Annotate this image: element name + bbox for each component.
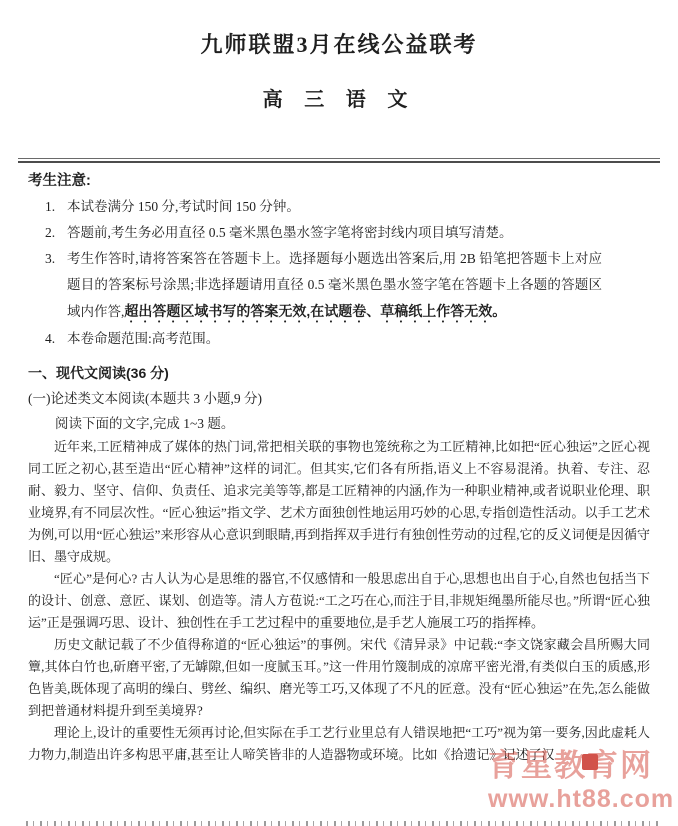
exam-paper-page: 九师联盟3月在线公益联考 高 三 语 文 考生注意: 1. 本试卷满分 150 …: [0, 0, 678, 766]
notice-list: 1. 本试卷满分 150 分,考试时间 150 分钟。 2. 答题前,考生务必用…: [45, 194, 602, 352]
exam-body-section: 一、现代文阅读(36 分) (一)论述类文本阅读(本题共 3 小题,9 分) 阅…: [28, 360, 650, 766]
notice-item-number: 1.: [45, 194, 67, 220]
clipped-text-line: [26, 821, 658, 826]
passage-paragraph: “匠心”是何心? 古人认为心是思维的器官,不仅感情和一般思虑出自于心,思想也出自…: [28, 568, 650, 634]
notice-item: 2. 答题前,考生务必用直径 0.5 毫米黑色墨水签字笔将密封线内项目填写清楚。: [45, 220, 602, 246]
notice-item-text: 答题前,考生务必用直径 0.5 毫米黑色墨水签字笔将密封线内项目填写清楚。: [67, 220, 602, 246]
section-heading: 一、现代文阅读(36 分): [28, 360, 650, 386]
watermark-site-url: www.ht88.com: [488, 787, 678, 812]
notice-item-text-emphasized: 超出答题区域书写的答案无效,在试题卷、草稿纸上作答无效。: [124, 303, 506, 319]
notice-item-text: 考生作答时,请将答案答在答题卡上。选择题每小题选出答案后,用 2B 铅笔把答题卡…: [67, 246, 602, 326]
reading-instruction: 阅读下面的文字,完成 1~3 题。: [28, 412, 650, 436]
page-title: 九师联盟3月在线公益联考: [28, 0, 650, 59]
header-divider: [18, 158, 660, 163]
notice-item-number: 3.: [45, 246, 67, 326]
notice-section: 考生注意: 1. 本试卷满分 150 分,考试时间 150 分钟。 2. 答题前…: [28, 170, 650, 352]
page-subtitle: 高 三 语 文: [28, 83, 650, 112]
notice-heading: 考生注意:: [28, 170, 650, 192]
notice-item: 1. 本试卷满分 150 分,考试时间 150 分钟。: [45, 194, 602, 220]
passage-paragraph: 理论上,设计的重要性无须再讨论,但实际在手工艺行业里总有人错误地把“工巧”视为第…: [28, 722, 650, 766]
notice-item-text: 本试卷满分 150 分,考试时间 150 分钟。: [67, 194, 602, 220]
passage-paragraph: 近年来,工匠精神成了媒体的热门词,常把相关联的事物也笼统称之为工匠精神,比如把“…: [28, 436, 650, 568]
passage-paragraph: 历史文献记载了不少值得称道的“匠心独运”的事例。宋代《清异录》中记载:“李文饶家…: [28, 634, 650, 722]
notice-item: 4. 本卷命题范围:高考范围。: [45, 326, 602, 352]
notice-item-number: 2.: [45, 220, 67, 246]
notice-item-text: 本卷命题范围:高考范围。: [67, 326, 602, 352]
subsection-heading: (一)论述类文本阅读(本题共 3 小题,9 分): [28, 386, 650, 412]
notice-item: 3. 考生作答时,请将答案答在答题卡上。选择题每小题选出答案后,用 2B 铅笔把…: [45, 246, 602, 326]
notice-item-number: 4.: [45, 326, 67, 352]
